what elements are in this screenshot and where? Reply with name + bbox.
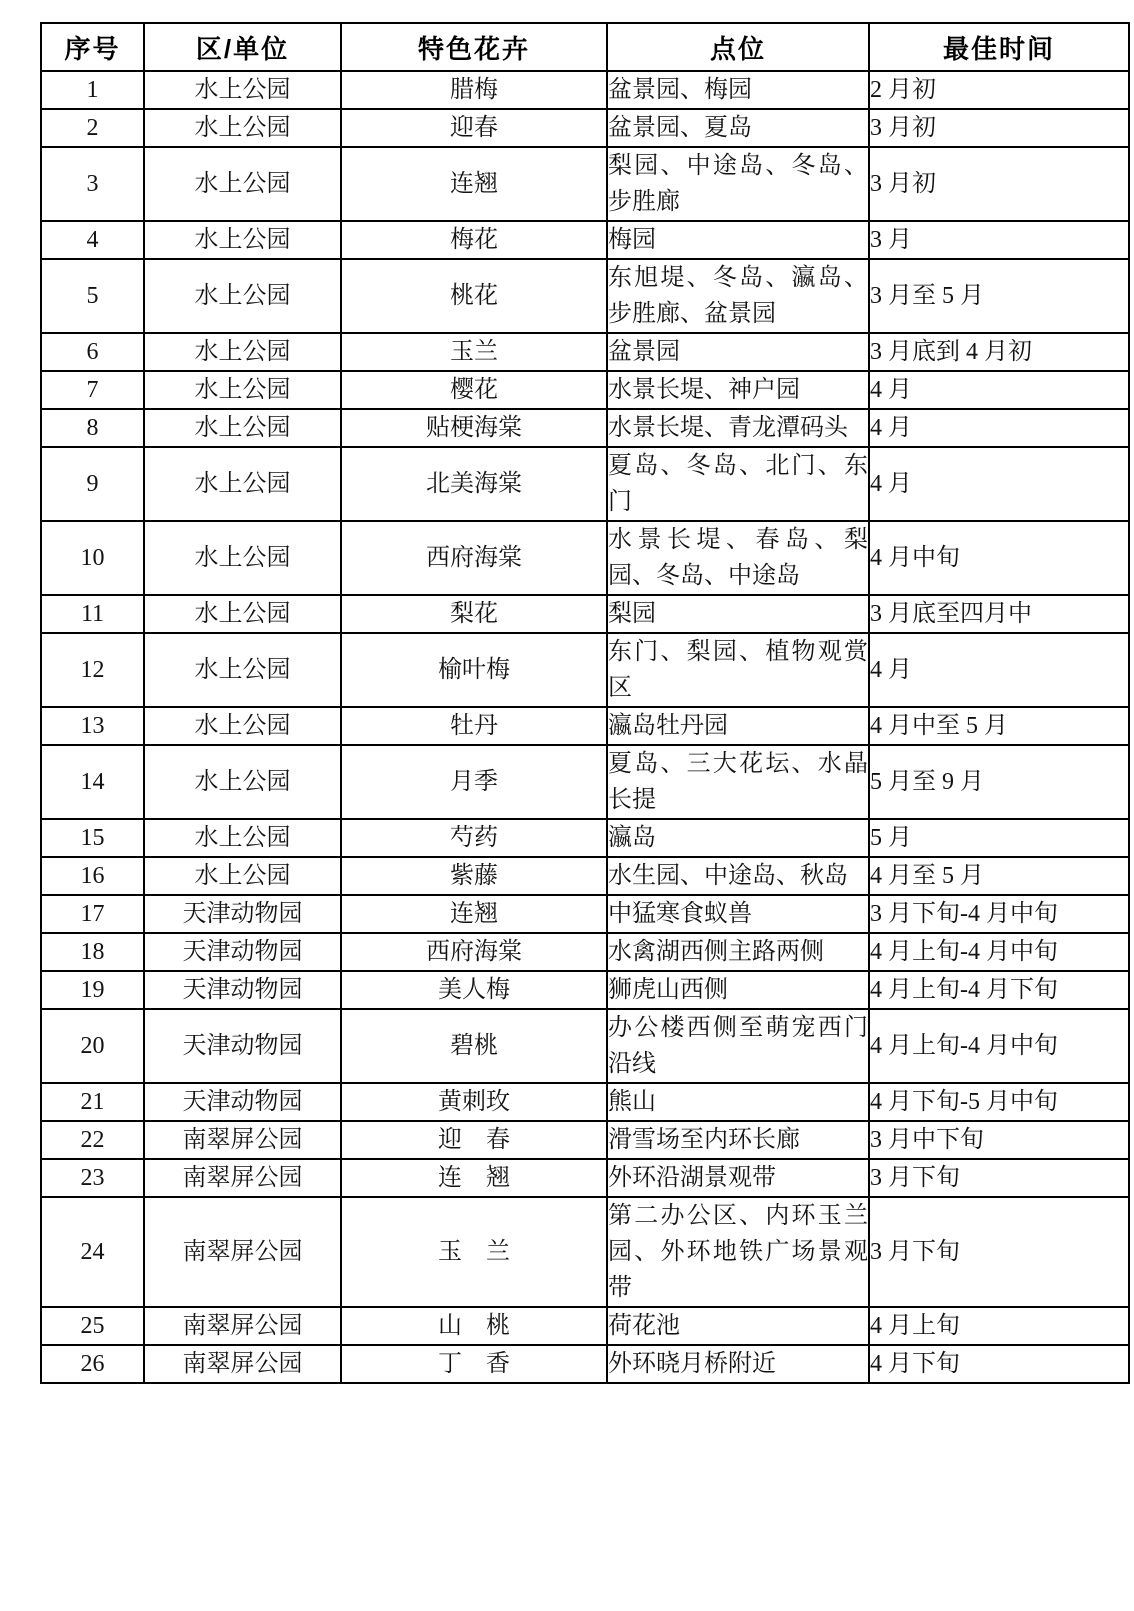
table-row: 6 水上公园 玉兰 盆景园 3 月底到 4 月初 bbox=[41, 333, 1129, 371]
cell-index: 20 bbox=[41, 1009, 144, 1083]
table-row: 7 水上公园 樱花 水景长堤、神户园 4 月 bbox=[41, 371, 1129, 409]
table-row: 19 天津动物园 美人梅 狮虎山西侧 4 月上旬-4 月下旬 bbox=[41, 971, 1129, 1009]
cell-location: 水生园、中途岛、秋岛 bbox=[607, 857, 869, 895]
cell-unit: 水上公园 bbox=[144, 409, 341, 447]
cell-flower: 腊梅 bbox=[341, 71, 607, 109]
table-row: 18 天津动物园 西府海棠 水禽湖西侧主路两侧 4 月上旬-4 月中旬 bbox=[41, 933, 1129, 971]
cell-unit: 天津动物园 bbox=[144, 933, 341, 971]
cell-unit: 水上公园 bbox=[144, 595, 341, 633]
table-row: 10 水上公园 西府海棠 水景长堤、春岛、梨园、冬岛、中途岛 4 月中旬 bbox=[41, 521, 1129, 595]
cell-index: 17 bbox=[41, 895, 144, 933]
cell-location: 外环晓月桥附近 bbox=[607, 1345, 869, 1383]
table-row: 11 水上公园 梨花 梨园 3 月底至四月中 bbox=[41, 595, 1129, 633]
cell-index: 19 bbox=[41, 971, 144, 1009]
document-page: 序号 区/单位 特色花卉 点位 最佳时间 1 水上公园 腊梅 盆景园、梅园 2 … bbox=[0, 0, 1134, 1611]
cell-unit: 水上公园 bbox=[144, 71, 341, 109]
cell-unit: 水上公园 bbox=[144, 221, 341, 259]
cell-index: 10 bbox=[41, 521, 144, 595]
cell-time: 4 月 bbox=[869, 409, 1129, 447]
cell-unit: 水上公园 bbox=[144, 333, 341, 371]
cell-flower: 梅花 bbox=[341, 221, 607, 259]
cell-index: 22 bbox=[41, 1121, 144, 1159]
cell-flower: 美人梅 bbox=[341, 971, 607, 1009]
cell-flower: 迎春 bbox=[341, 109, 607, 147]
cell-location: 熊山 bbox=[607, 1083, 869, 1121]
cell-flower: 玉 兰 bbox=[341, 1197, 607, 1307]
cell-location: 盆景园、梅园 bbox=[607, 71, 869, 109]
cell-location: 水禽湖西侧主路两侧 bbox=[607, 933, 869, 971]
cell-unit: 水上公园 bbox=[144, 819, 341, 857]
table-row: 22 南翠屏公园 迎 春 滑雪场至内环长廊 3 月中下旬 bbox=[41, 1121, 1129, 1159]
cell-index: 13 bbox=[41, 707, 144, 745]
cell-index: 18 bbox=[41, 933, 144, 971]
table-row: 3 水上公园 连翘 梨园、中途岛、冬岛、步胜廊 3 月初 bbox=[41, 147, 1129, 221]
cell-time: 3 月至 5 月 bbox=[869, 259, 1129, 333]
table-row: 17 天津动物园 连翘 中猛寒食蚁兽 3 月下旬-4 月中旬 bbox=[41, 895, 1129, 933]
cell-flower: 山 桃 bbox=[341, 1307, 607, 1345]
table-row: 12 水上公园 榆叶梅 东门、梨园、植物观赏区 4 月 bbox=[41, 633, 1129, 707]
cell-location: 外环沿湖景观带 bbox=[607, 1159, 869, 1197]
cell-time: 4 月上旬 bbox=[869, 1307, 1129, 1345]
cell-index: 23 bbox=[41, 1159, 144, 1197]
table-row: 21 天津动物园 黄刺玫 熊山 4 月下旬-5 月中旬 bbox=[41, 1083, 1129, 1121]
cell-index: 6 bbox=[41, 333, 144, 371]
cell-location: 夏岛、冬岛、北门、东门 bbox=[607, 447, 869, 521]
cell-unit: 水上公园 bbox=[144, 109, 341, 147]
cell-unit: 水上公园 bbox=[144, 259, 341, 333]
cell-flower: 连翘 bbox=[341, 147, 607, 221]
cell-index: 9 bbox=[41, 447, 144, 521]
cell-index: 8 bbox=[41, 409, 144, 447]
table-row: 9 水上公园 北美海棠 夏岛、冬岛、北门、东门 4 月 bbox=[41, 447, 1129, 521]
cell-unit: 水上公园 bbox=[144, 857, 341, 895]
cell-time: 3 月底至四月中 bbox=[869, 595, 1129, 633]
cell-unit: 水上公园 bbox=[144, 521, 341, 595]
col-header-location: 点位 bbox=[607, 23, 869, 71]
cell-time: 3 月底到 4 月初 bbox=[869, 333, 1129, 371]
cell-index: 7 bbox=[41, 371, 144, 409]
cell-index: 26 bbox=[41, 1345, 144, 1383]
cell-time: 3 月下旬 bbox=[869, 1197, 1129, 1307]
cell-flower: 迎 春 bbox=[341, 1121, 607, 1159]
cell-location: 梨园 bbox=[607, 595, 869, 633]
table-row: 14 水上公园 月季 夏岛、三大花坛、水晶长提 5 月至 9 月 bbox=[41, 745, 1129, 819]
cell-location: 瀛岛 bbox=[607, 819, 869, 857]
cell-flower: 连 翘 bbox=[341, 1159, 607, 1197]
col-header-index: 序号 bbox=[41, 23, 144, 71]
cell-index: 21 bbox=[41, 1083, 144, 1121]
cell-flower: 梨花 bbox=[341, 595, 607, 633]
cell-unit: 南翠屏公园 bbox=[144, 1345, 341, 1383]
cell-flower: 玉兰 bbox=[341, 333, 607, 371]
cell-time: 3 月中下旬 bbox=[869, 1121, 1129, 1159]
cell-flower: 碧桃 bbox=[341, 1009, 607, 1083]
cell-flower: 贴梗海棠 bbox=[341, 409, 607, 447]
table-row: 16 水上公园 紫藤 水生园、中途岛、秋岛 4 月至 5 月 bbox=[41, 857, 1129, 895]
table-row: 20 天津动物园 碧桃 办公楼西侧至萌宠西门沿线 4 月上旬-4 月中旬 bbox=[41, 1009, 1129, 1083]
table-row: 26 南翠屏公园 丁 香 外环晓月桥附近 4 月下旬 bbox=[41, 1345, 1129, 1383]
cell-flower: 桃花 bbox=[341, 259, 607, 333]
cell-index: 16 bbox=[41, 857, 144, 895]
table-row: 24 南翠屏公园 玉 兰 第二办公区、内环玉兰园、外环地铁广场景观带 3 月下旬 bbox=[41, 1197, 1129, 1307]
cell-flower: 榆叶梅 bbox=[341, 633, 607, 707]
table-row: 4 水上公园 梅花 梅园 3 月 bbox=[41, 221, 1129, 259]
cell-time: 4 月中至 5 月 bbox=[869, 707, 1129, 745]
cell-location: 狮虎山西侧 bbox=[607, 971, 869, 1009]
cell-time: 3 月 bbox=[869, 221, 1129, 259]
cell-unit: 南翠屏公园 bbox=[144, 1307, 341, 1345]
table-header: 序号 区/单位 特色花卉 点位 最佳时间 bbox=[41, 23, 1129, 71]
cell-unit: 水上公园 bbox=[144, 371, 341, 409]
cell-index: 5 bbox=[41, 259, 144, 333]
cell-time: 2 月初 bbox=[869, 71, 1129, 109]
cell-unit: 水上公园 bbox=[144, 147, 341, 221]
cell-unit: 天津动物园 bbox=[144, 1009, 341, 1083]
col-header-unit: 区/单位 bbox=[144, 23, 341, 71]
cell-flower: 牡丹 bbox=[341, 707, 607, 745]
cell-time: 4 月上旬-4 月中旬 bbox=[869, 1009, 1129, 1083]
cell-time: 5 月 bbox=[869, 819, 1129, 857]
cell-time: 3 月下旬 bbox=[869, 1159, 1129, 1197]
table-body: 1 水上公园 腊梅 盆景园、梅园 2 月初 2 水上公园 迎春 盆景园、夏岛 3… bbox=[41, 71, 1129, 1383]
col-header-flower: 特色花卉 bbox=[341, 23, 607, 71]
cell-flower: 紫藤 bbox=[341, 857, 607, 895]
table-row: 8 水上公园 贴梗海棠 水景长堤、青龙潭码头 4 月 bbox=[41, 409, 1129, 447]
cell-time: 4 月至 5 月 bbox=[869, 857, 1129, 895]
cell-index: 15 bbox=[41, 819, 144, 857]
table-row: 25 南翠屏公园 山 桃 荷花池 4 月上旬 bbox=[41, 1307, 1129, 1345]
cell-flower: 北美海棠 bbox=[341, 447, 607, 521]
cell-time: 4 月下旬-5 月中旬 bbox=[869, 1083, 1129, 1121]
cell-unit: 南翠屏公园 bbox=[144, 1197, 341, 1307]
cell-flower: 樱花 bbox=[341, 371, 607, 409]
cell-unit: 南翠屏公园 bbox=[144, 1121, 341, 1159]
col-header-time: 最佳时间 bbox=[869, 23, 1129, 71]
cell-location: 夏岛、三大花坛、水晶长提 bbox=[607, 745, 869, 819]
cell-location: 中猛寒食蚁兽 bbox=[607, 895, 869, 933]
cell-location: 梨园、中途岛、冬岛、步胜廊 bbox=[607, 147, 869, 221]
cell-location: 东旭堤、冬岛、瀛岛、步胜廊、盆景园 bbox=[607, 259, 869, 333]
header-row: 序号 区/单位 特色花卉 点位 最佳时间 bbox=[41, 23, 1129, 71]
cell-time: 5 月至 9 月 bbox=[869, 745, 1129, 819]
cell-location: 盆景园、夏岛 bbox=[607, 109, 869, 147]
cell-location: 滑雪场至内环长廊 bbox=[607, 1121, 869, 1159]
cell-unit: 天津动物园 bbox=[144, 1083, 341, 1121]
cell-index: 2 bbox=[41, 109, 144, 147]
cell-location: 盆景园 bbox=[607, 333, 869, 371]
cell-location: 瀛岛牡丹园 bbox=[607, 707, 869, 745]
cell-unit: 水上公园 bbox=[144, 745, 341, 819]
cell-flower: 西府海棠 bbox=[341, 933, 607, 971]
cell-flower: 芍药 bbox=[341, 819, 607, 857]
cell-index: 1 bbox=[41, 71, 144, 109]
cell-time: 4 月上旬-4 月中旬 bbox=[869, 933, 1129, 971]
cell-time: 3 月初 bbox=[869, 147, 1129, 221]
cell-unit: 水上公园 bbox=[144, 633, 341, 707]
cell-location: 水景长堤、青龙潭码头 bbox=[607, 409, 869, 447]
cell-time: 4 月中旬 bbox=[869, 521, 1129, 595]
table-row: 1 水上公园 腊梅 盆景园、梅园 2 月初 bbox=[41, 71, 1129, 109]
cell-location: 水景长堤、春岛、梨园、冬岛、中途岛 bbox=[607, 521, 869, 595]
cell-time: 4 月 bbox=[869, 371, 1129, 409]
cell-index: 25 bbox=[41, 1307, 144, 1345]
table-row: 2 水上公园 迎春 盆景园、夏岛 3 月初 bbox=[41, 109, 1129, 147]
cell-time: 3 月下旬-4 月中旬 bbox=[869, 895, 1129, 933]
cell-unit: 南翠屏公园 bbox=[144, 1159, 341, 1197]
table-row: 13 水上公园 牡丹 瀛岛牡丹园 4 月中至 5 月 bbox=[41, 707, 1129, 745]
cell-index: 4 bbox=[41, 221, 144, 259]
cell-index: 12 bbox=[41, 633, 144, 707]
cell-flower: 丁 香 bbox=[341, 1345, 607, 1383]
cell-location: 梅园 bbox=[607, 221, 869, 259]
cell-location: 办公楼西侧至萌宠西门沿线 bbox=[607, 1009, 869, 1083]
cell-time: 4 月下旬 bbox=[869, 1345, 1129, 1383]
cell-unit: 水上公园 bbox=[144, 447, 341, 521]
cell-unit: 水上公园 bbox=[144, 707, 341, 745]
cell-time: 3 月初 bbox=[869, 109, 1129, 147]
cell-index: 3 bbox=[41, 147, 144, 221]
cell-flower: 连翘 bbox=[341, 895, 607, 933]
cell-time: 4 月上旬-4 月下旬 bbox=[869, 971, 1129, 1009]
cell-time: 4 月 bbox=[869, 633, 1129, 707]
cell-location: 第二办公区、内环玉兰园、外环地铁广场景观带 bbox=[607, 1197, 869, 1307]
cell-unit: 天津动物园 bbox=[144, 971, 341, 1009]
cell-time: 4 月 bbox=[869, 447, 1129, 521]
cell-location: 东门、梨园、植物观赏区 bbox=[607, 633, 869, 707]
cell-flower: 西府海棠 bbox=[341, 521, 607, 595]
cell-location: 荷花池 bbox=[607, 1307, 869, 1345]
table-row: 15 水上公园 芍药 瀛岛 5 月 bbox=[41, 819, 1129, 857]
cell-flower: 黄刺玫 bbox=[341, 1083, 607, 1121]
bloom-schedule-table: 序号 区/单位 特色花卉 点位 最佳时间 1 水上公园 腊梅 盆景园、梅园 2 … bbox=[40, 22, 1130, 1384]
table-row: 23 南翠屏公园 连 翘 外环沿湖景观带 3 月下旬 bbox=[41, 1159, 1129, 1197]
cell-index: 14 bbox=[41, 745, 144, 819]
cell-index: 24 bbox=[41, 1197, 144, 1307]
table-row: 5 水上公园 桃花 东旭堤、冬岛、瀛岛、步胜廊、盆景园 3 月至 5 月 bbox=[41, 259, 1129, 333]
cell-index: 11 bbox=[41, 595, 144, 633]
cell-location: 水景长堤、神户园 bbox=[607, 371, 869, 409]
cell-flower: 月季 bbox=[341, 745, 607, 819]
cell-unit: 天津动物园 bbox=[144, 895, 341, 933]
